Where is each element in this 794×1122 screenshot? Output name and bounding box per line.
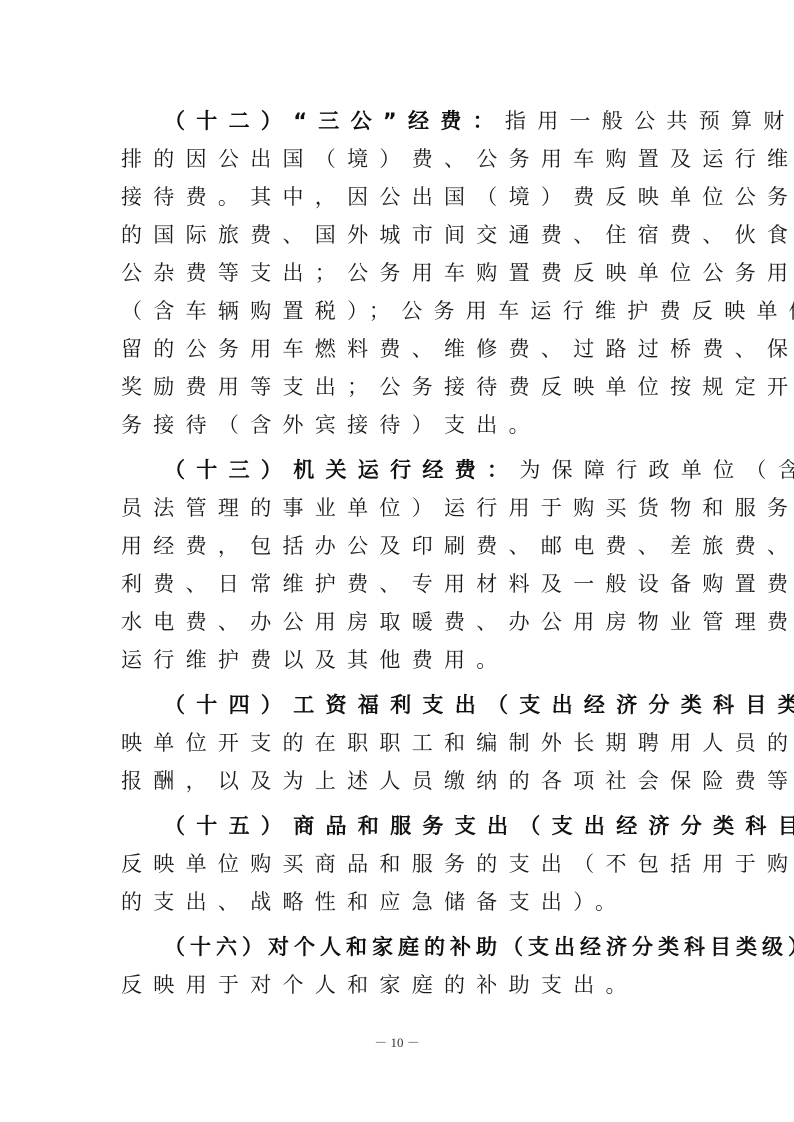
paragraph-line: 员法管理的事业单位）运行用于购买货物和服务等的各项公 [121, 489, 681, 527]
paragraph-15: （十五）商品和服务支出（支出经济分类科目类级）： 反映单位购买商品和服务的支出（… [121, 807, 681, 921]
paragraph-line: 报酬，以及为上述人员缴纳的各项社会保险费等。 [121, 762, 681, 800]
paragraph-line: 用经费，包括办公及印刷费、邮电费、差旅费、会议费、福 [121, 527, 681, 565]
paragraph-line: （十四）工资福利支出（支出经济分类科目类级）：反 [121, 686, 681, 724]
document-page: （十二）“三公”经费：指用一般公共预算财政拨款安 排的因公出国（境）费、公务用车… [0, 0, 794, 1122]
paragraph-heading: （十四）工资福利支出（支出经济分类科目类级）： [164, 693, 794, 717]
paragraph-16: （十六）对个人和家庭的补助（支出经济分类科目类级）： 反映用于对个人和家庭的补助… [121, 928, 681, 1004]
paragraph-line: 反映单位购买商品和服务的支出（不包括用于购置固定资产 [121, 845, 681, 883]
paragraph-line: 奖励费用等支出；公务接待费反映单位按规定开支的各类公 [121, 368, 681, 406]
paragraph-12: （十二）“三公”经费：指用一般公共预算财政拨款安 排的因公出国（境）费、公务用车… [121, 102, 681, 444]
paragraph-14: （十四）工资福利支出（支出经济分类科目类级）：反 映单位开支的在职职工和编制外长… [121, 686, 681, 800]
paragraph-line: （十五）商品和服务支出（支出经济分类科目类级）： [121, 807, 681, 845]
paragraph-line: 映单位开支的在职职工和编制外长期聘用人员的各类劳动 [121, 724, 681, 762]
paragraph-line: 水电费、办公用房取暖费、办公用房物业管理费、公务用车 [121, 603, 681, 641]
paragraph-line: 利费、日常维护费、专用材料及一般设备购置费、办公用房 [121, 565, 681, 603]
paragraph-line: （十二）“三公”经费：指用一般公共预算财政拨款安 [121, 102, 681, 140]
paragraph-line: （十六）对个人和家庭的补助（支出经济分类科目类级）： [121, 928, 681, 966]
paragraph-line: 反映用于对个人和家庭的补助支出。 [121, 966, 681, 1004]
paragraph-line: 接待费。其中，因公出国（境）费反映单位公务出国（境） [121, 178, 681, 216]
paragraph-line: （十三）机关运行经费：为保障行政单位（含参照公务 [121, 451, 681, 489]
paragraph-line: 公杂费等支出；公务用车购置费反映单位公务用车购置支出 [121, 254, 681, 292]
paragraph-13: （十三）机关运行经费：为保障行政单位（含参照公务 员法管理的事业单位）运行用于购… [121, 451, 681, 679]
paragraph-line: 运行维护费以及其他费用。 [121, 641, 681, 679]
document-body: （十二）“三公”经费：指用一般公共预算财政拨款安 排的因公出国（境）费、公务用车… [121, 102, 681, 1004]
paragraph-heading: （十六）对个人和家庭的补助（支出经济分类科目类级）： [164, 935, 794, 959]
paragraph-heading: （十三）机关运行经费： [164, 458, 519, 482]
paragraph-line: 务接待（含外宾接待）支出。 [121, 406, 681, 444]
paragraph-line: 排的因公出国（境）费、公务用车购置及运行维护费、公务 [121, 140, 681, 178]
paragraph-heading: （十五）商品和服务支出（支出经济分类科目类级）： [164, 814, 794, 838]
paragraph-line: 留的公务用车燃料费、维修费、过路过桥费、保险费、安全 [121, 330, 681, 368]
page-number: － 10 － [0, 1032, 794, 1051]
paragraph-line: 的国际旅费、国外城市间交通费、住宿费、伙食费、培训费、 [121, 216, 681, 254]
paragraph-line: 的支出、战略性和应急储备支出）。 [121, 883, 681, 921]
paragraph-heading: （十二）“三公”经费： [164, 109, 505, 133]
paragraph-line: （含车辆购置税）；公务用车运行维护费反映单位按规定保 [121, 292, 681, 330]
